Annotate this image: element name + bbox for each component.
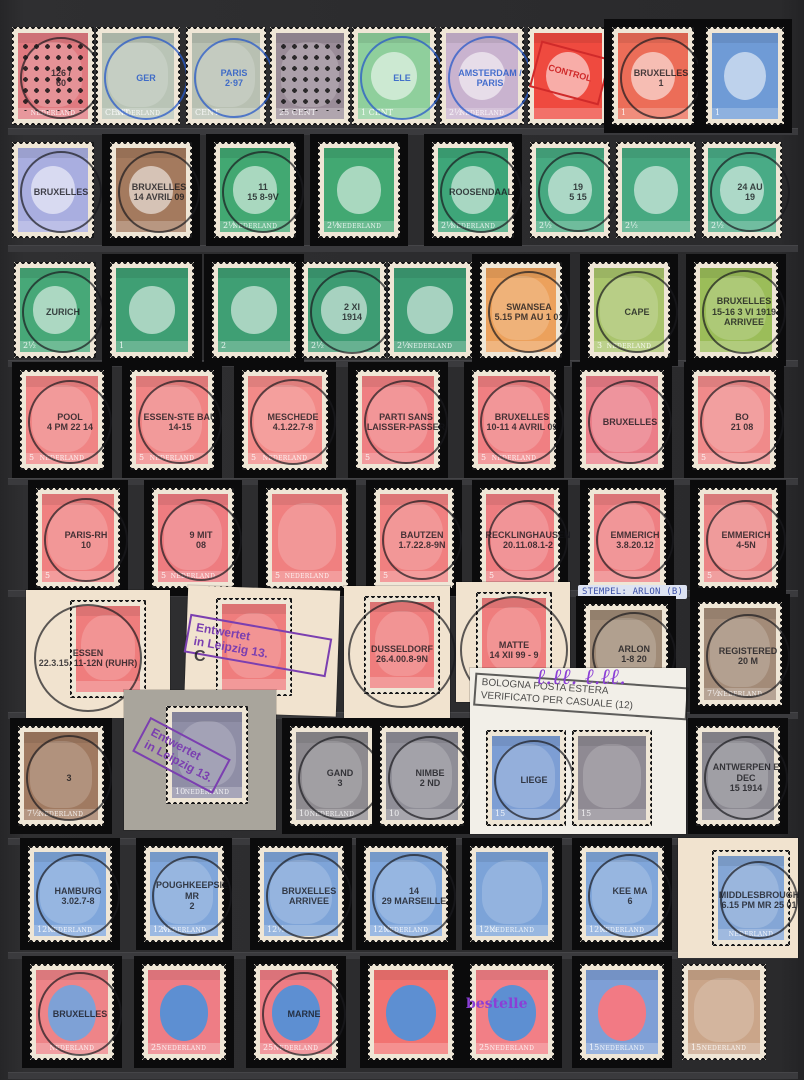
stamp[interactable]: NEDERLAND2½ [388,262,472,358]
stamp-top-band [446,33,518,43]
stamp-design: NEDERLAND25 [476,970,548,1054]
stamp-top-band [594,494,660,505]
stamp-denomination: 5 [139,453,144,462]
stamp-bottom-band [362,453,434,464]
stamp-design [374,970,448,1054]
stamp-top-band [260,970,332,980]
stamp[interactable] [696,726,780,826]
stockbook-strip [8,1072,798,1079]
stamp-denomination: 10 [299,809,309,818]
stamp[interactable]: 5 [480,488,560,588]
stamp-top-band [586,376,658,387]
stamp[interactable]: 5 [698,488,778,588]
stamp-denomination: 2½ [625,221,638,230]
stamp-design: NEDERLAND [36,970,108,1054]
stamp-design: NEDERLAND5 [248,376,322,464]
stamp-top-band [486,268,556,278]
stamp-design [18,148,88,232]
stamp-top-band [586,852,658,862]
stamp[interactable]: NEDERLAND12½ [580,846,664,942]
stamp[interactable]: 2 [212,262,296,358]
stamp-denomination: 12½ [37,925,55,934]
stamp-top-band [148,970,220,980]
stockbook-page: NEDERLAND126 / 60NEDERLANDCENTGERCENTPAR… [0,0,804,1080]
stamp-denomination: 10 [175,787,185,796]
stamp-denomination: 1 [715,108,720,117]
stamp-denomination: 15 [581,809,591,818]
stamp-top-band [492,736,560,746]
stamp-top-band [702,732,774,743]
stamp-denomination: 2½ [397,341,410,350]
stamp-design: 5 [704,494,772,582]
stamp-denomination: 5 [383,571,388,580]
stamp-bottom-band [702,809,774,820]
stamp-design: 15 [492,736,560,820]
stamp-denomination: 25 [479,1043,489,1052]
stamp-design [76,606,140,692]
stamp[interactable] [110,142,192,238]
stamp[interactable]: NEDERLAND2½ [440,27,524,125]
stamp-design: NEDERLAND25 [148,970,220,1054]
stamp-denomination: 5 [29,453,34,462]
stamp-top-band [394,268,466,278]
stamp-denomination: 5 [365,453,370,462]
stamp-top-band [296,732,368,743]
handwritten-signature: ℓ.ℓℓ. ℓ.ℓℓ. [536,664,626,690]
stamp-top-band [276,33,344,43]
stamp[interactable]: NEDERLAND [30,964,114,1060]
stamp-top-band [358,33,430,43]
stamp-country-text: NEDERLAND [718,931,784,938]
stamp-bottom-band [698,453,770,464]
stamp[interactable]: NEDERLAND15 [682,964,766,1060]
stamp-top-band [102,33,174,43]
stamp-design: 5 [42,494,114,582]
stamp-top-band [18,148,88,158]
stamp-denomination: 3 [597,341,602,350]
stamp-design: NEDERLAND [18,33,88,119]
stamp[interactable] [580,370,664,470]
stamp-top-band [150,852,218,862]
stamp[interactable]: NEDERLAND12½ [470,846,554,942]
stamp-denomination: 7½ [27,809,40,818]
stamp[interactable] [480,262,562,358]
stamp-top-band [704,494,772,505]
stamp-top-band [586,970,658,980]
stamp[interactable]: NEDERLAND5 [20,370,104,470]
stamp-denomination: 25 CENT [279,108,316,117]
stamp[interactable]: 15 [486,730,566,826]
stamp-top-band [158,494,228,505]
stamp[interactable]: 2½ [616,142,696,238]
stamp-design: NEDERLAND12½ [150,852,218,936]
stamp-denomination: 2½ [539,221,552,230]
stamp-bottom-band [374,1043,448,1054]
stamp-design: NEDERLAND [718,856,784,940]
stamp[interactable]: NEDERLAND5 [152,488,234,588]
stamp-design: NEDERLAND12½ [370,852,442,936]
stamp-bottom-band [42,571,114,582]
stamp[interactable]: NEDERLAND [12,27,94,125]
stamp-top-band [386,732,458,743]
stamp-design: 12½ [264,852,338,936]
stamp[interactable]: 10 [380,726,464,826]
stamp[interactable]: NEDERLAND3 [588,262,670,358]
stamp-top-band [370,602,434,612]
stamp-design: NEDERLAND5 [158,494,228,582]
stamp-design: 5 [362,376,434,464]
stamp-top-band [116,268,188,278]
stamp-design [700,268,772,352]
stamp[interactable]: 12½ [258,846,344,942]
stamp-top-band [362,376,434,387]
stamp[interactable]: 15 [572,730,652,826]
stamp-top-band [116,148,186,158]
stockbook-strip [8,245,798,252]
stamp-country-text: NEDERLAND [158,573,228,580]
stamp-denomination: 12½ [267,925,285,934]
stamp[interactable]: 25 CENT [270,27,350,125]
stamp-denomination: 1 CENT [361,108,393,117]
stamp[interactable]: NEDERLAND12½ [144,846,224,942]
stamp-top-band [374,970,448,980]
stamp-bottom-band [618,108,688,119]
stamp-top-band [476,970,548,980]
stamp[interactable] [588,488,666,588]
stamp-top-band [718,856,784,866]
stamp-design: 2½ [20,268,90,352]
stamp-top-band [222,604,286,614]
stamp-denomination: 5 [489,571,494,580]
stamp-bottom-band [586,453,658,464]
stamp-top-band [380,494,448,505]
stamp-bottom-band [116,341,188,352]
stamp-design: NEDERLAND15 [586,970,658,1054]
stamp-design: NEDERLAND2½ [438,148,508,232]
stamp-top-band [688,970,760,980]
stamp-design [370,602,434,688]
stamp[interactable]: NEDERLAND5 [130,370,214,470]
stamp-top-band [370,852,442,862]
stamp-top-band [308,268,380,278]
stamp-denomination: 5 [701,453,706,462]
stamp-denomination: CENT [195,108,219,117]
stamp-top-band [704,608,776,619]
stamp-design: NEDERLAND2½ [446,33,518,119]
stamp-denomination: 15 [495,809,505,818]
stamp[interactable]: CENT [186,27,266,125]
stamp-top-band [700,268,772,278]
stamp-top-band [578,736,646,746]
stamp-top-band [476,852,548,862]
stamp[interactable]: 1 [706,27,784,125]
stamp[interactable]: NEDERLAND2½ [318,142,400,238]
stamp-top-band [220,148,290,158]
stamp-denomination: 5 [251,453,256,462]
stamp-bottom-band [486,571,554,582]
stamp[interactable]: NEDERLANDCENT [96,27,180,125]
stamp-denomination: 15 [589,1043,599,1052]
stamp-top-band [594,268,664,278]
stamp-design: NEDERLAND15 [688,970,760,1054]
stamp[interactable]: 2½ [302,262,386,358]
stamp-country-text: NEDERLAND [136,455,208,462]
stamp-denomination: 1 [119,341,124,350]
stamp-denomination: 2 [221,341,226,350]
stamp-denomination: 2½ [311,341,324,350]
stamp-top-band [536,148,604,158]
stamp-bottom-band [370,677,434,688]
stamp-bottom-band [534,108,602,119]
stamp-design: 2½ [622,148,690,232]
stamp-denomination: 5 [161,571,166,580]
stamp-denomination: 10 [389,809,399,818]
stamp-denomination: 1 [621,108,626,117]
stamp[interactable]: NEDERLAND2½ [432,142,514,238]
stamp-top-band [248,376,322,387]
stamp-top-band [622,148,690,158]
stamp-bottom-band [18,221,88,232]
stamp-country-text: NEDERLAND [36,1045,108,1052]
stamp-top-band [76,606,140,616]
stamp[interactable]: 2½ [702,142,782,238]
stamp-denomination: 12½ [589,925,607,934]
stamp-design: NEDERLAND12½ [476,852,548,936]
stamp-bottom-band [222,679,286,690]
stamp-bottom-band [486,341,556,352]
stamp-design: NEDERLAND5 [26,376,98,464]
stamp-denomination: 2½ [449,108,462,117]
stamp-denomination: 2½ [711,221,724,230]
stamp-top-band [486,494,554,505]
stamp-design [594,494,660,582]
stamp[interactable]: NEDERLAND15 [580,964,664,1060]
stamp-design: 1 [712,33,778,119]
stamp-design: 5 [698,376,770,464]
stamp-top-band [438,148,508,158]
stamp-top-band [218,268,290,278]
stamp-denomination: 25 [151,1043,161,1052]
stamp[interactable]: NEDERLAND25 [254,964,338,1060]
stamp-design: 2½ [536,148,604,232]
stamp-country-text: NEDERLAND [478,455,550,462]
stamp[interactable] [364,596,440,694]
stamp-country-text: NEDERLAND [594,343,664,350]
stamp-bottom-band [380,571,448,582]
stamp-denomination: 25 [263,1043,273,1052]
stamp[interactable]: 5 [374,488,454,588]
stamp[interactable]: 5 [356,370,440,470]
violet-handstamp: bestelle [466,996,528,1012]
stamp[interactable]: NEDERLAND12½ [364,846,448,942]
stamp-top-band [192,33,260,43]
stamp-denomination: 12½ [153,925,171,934]
stamp-top-band [34,852,106,862]
stamp-bottom-band [712,108,778,119]
stamp-denomination: 2½ [327,221,340,230]
stamp-top-band [26,376,98,387]
stamp-denomination: 5 [275,571,280,580]
stamp-bottom-band [594,571,660,582]
stamp-design: NEDERLAND12½ [586,852,658,936]
stamp-design: NEDERLAND2½ [220,148,290,232]
stamp[interactable]: NEDERLAND5 [472,370,556,470]
stamp-top-band [708,148,776,158]
stamp[interactable]: 5 [36,488,120,588]
stamp-bottom-band [704,571,772,582]
stamp-denomination: 12½ [479,925,497,934]
stamp-design: 25 CENT [276,33,344,119]
stamp[interactable]: 2½ [14,262,96,358]
stamp-design: 5 [380,494,448,582]
stamp-top-band [324,148,394,158]
stamp-top-band [264,852,338,862]
stamp-top-band [272,494,342,505]
stamp[interactable]: NEDERLAND12½ [28,846,112,942]
stamp-country-text: NEDERLAND [272,573,342,580]
stamp-design [702,732,774,820]
stamp-denomination: CENT [105,108,129,117]
stamp[interactable]: NEDERLAND2½ [214,142,296,238]
stamp-denomination: 12½ [373,925,391,934]
stamp-design: NEDERLAND7½ [704,608,776,700]
stamp[interactable]: NEDERLAND [712,850,790,946]
stamp[interactable] [368,964,454,1060]
stamp-top-band [18,33,88,43]
stamp-top-band [712,33,778,43]
stamp-design [586,376,658,464]
stamp-top-band [136,376,208,387]
stamp-design: NEDERLAND5 [136,376,208,464]
stamp-top-band [172,712,242,722]
stamp-denomination: 2½ [223,221,236,230]
stamp-top-band [42,494,114,505]
stamp[interactable]: 1 [110,262,194,358]
stamp-top-band [698,376,770,387]
stamp-design: NEDERLAND7½ [24,732,98,820]
stamp-denomination: 2½ [23,341,36,350]
stamp[interactable]: NEDERLAND5 [266,488,348,588]
stamp-top-band [36,970,108,980]
stamp-design: NEDERLAND25 [260,970,332,1054]
stamp-top-band [590,610,662,620]
stamp-design: NEDERLAND10 [296,732,368,820]
stamp-denomination: 15 [691,1043,701,1052]
stamp-design: 10 [386,732,458,820]
stamp-design: NEDERLANDCENT [102,33,174,119]
stamp-design: 5 [486,494,554,582]
stamp-design: 1 CENT [358,33,430,119]
stamp-denomination: 7½ [707,689,720,698]
stamp-design: NEDERLAND2½ [324,148,394,232]
stamp-top-band [482,598,546,608]
stamp-top-band [24,732,98,743]
stamp[interactable]: NEDERLAND7½ [698,602,782,706]
stamp-design: NEDERLAND3 [594,268,664,352]
stamp-design: NEDERLAND2½ [394,268,466,352]
stamp[interactable]: 1 [612,27,694,125]
stamp[interactable]: 2½ [530,142,610,238]
stamp[interactable]: NEDERLAND7½ [18,726,104,826]
stamp-top-band [20,268,90,278]
stamp-bottom-band [218,341,290,352]
stamp-top-band [618,33,688,43]
stamp-top-band [478,376,550,387]
stamp-design: 1 [116,268,188,352]
stamp-design: 1 [618,33,688,119]
stamp-country-text: NEDERLAND [26,455,98,462]
stamp-design [486,268,556,352]
stamp-design: 15 [578,736,646,820]
stamp[interactable] [694,262,778,358]
stamp-bottom-band [116,221,186,232]
stamp-design: NEDERLAND12½ [34,852,106,936]
stamp-design: NEDERLAND5 [478,376,550,464]
stamp[interactable]: 5 [692,370,776,470]
stamp-denomination: 2½ [441,221,454,230]
stamp[interactable] [12,142,94,238]
stamp-design: 2½ [308,268,380,352]
stamp-bottom-band [700,341,772,352]
stamp[interactable]: NEDERLAND5 [242,370,328,470]
stamp[interactable]: 1 CENT [352,27,436,125]
stamp-design: CENT [192,33,260,119]
stamp-denomination: 5 [481,453,486,462]
stamp-design: NEDERLAND5 [272,494,342,582]
stamp-denomination: 5 [45,571,50,580]
stamp-country-text: NEDERLAND [18,110,88,117]
stamp[interactable]: NEDERLAND10 [290,726,374,826]
stamp-design: 2½ [708,148,776,232]
stamp[interactable]: NEDERLAND25 [142,964,226,1060]
stamp-country-text: NEDERLAND [248,455,322,462]
stamp-denomination: 5 [707,571,712,580]
stamp[interactable]: NEDERLAND25 [470,964,554,1060]
stamp[interactable] [70,600,146,698]
stamp-design [116,148,186,232]
stamp-design: 2 [218,268,290,352]
